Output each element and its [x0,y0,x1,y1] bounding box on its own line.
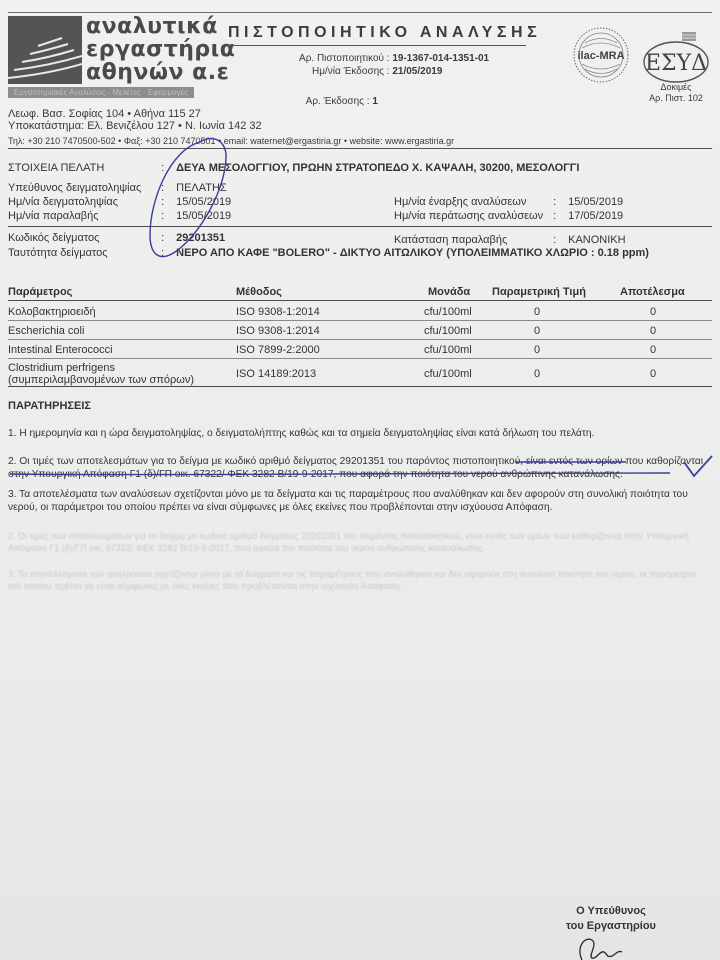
sampling-date-row: Ημ/νία δειγματοληψίας : 15/05/2019 [8,196,231,208]
bleed-through-text: 3. Τα αποτελέσματα των αναλύσεων σχετίζο… [8,568,708,592]
header-bottom-rule [8,148,712,149]
lab-address: Λεωφ. Βασ. Σοφίας 104 • Αθήνα 115 27 Υπο… [8,108,262,132]
remarks-title: ΠΑΡΑΤΗΡΗΣΕΙΣ [8,400,91,412]
certificate-issue-date: Ημ/νία Έκδοσης : 21/05/2019 [270,66,442,77]
signature-block: Ο Υπεύθυνος του Εργαστηρίου [546,904,676,934]
cell-result: 0 [650,306,656,318]
col-header-unit: Μονάδα [428,286,470,298]
receipt-status-label: Κατάσταση παραλαβής [394,234,550,246]
remark-item: 3. Τα αποτελέσματα των αναλύσεων σχετίζο… [8,488,708,514]
esyd-caption: Δοκιμές Αρ. Πιστ. 102 [636,82,716,104]
certificate-title: ΠΙΣΤΟΠΟΙΗΤΙΚΟ ΑΝΑΛΥΣΗΣ [228,24,541,42]
sampler-value: ΠΕΛΑΤΗΣ [176,182,227,194]
sampling-date-value: 15/05/2019 [176,196,231,208]
remark-item: 2. Οι τιμές των αποτελεσμάτων για το δεί… [8,455,708,481]
handwritten-signature-icon [570,934,650,960]
cell-method: ISO 9308-1:2014 [236,306,320,318]
cell-result: 0 [650,325,656,337]
client-row: ΣΤΟΙΧΕΙΑ ΠΕΛΑΤΗ : ΔΕΥΑ ΜΕΣΟΛΟΓΓΙΟΥ, ΠΡΩΗ… [8,162,579,174]
analysis-start-value: 15/05/2019 [568,196,623,208]
sound-wave-logo-icon [8,16,82,84]
remark-item: 1. Η ημερομηνία και η ώρα δειγματοληψίας… [8,427,708,440]
issue-date-value: 21/05/2019 [392,66,442,77]
receipt-date-value: 15/05/2019 [176,210,231,222]
analysis-end-row: Ημ/νία περάτωσης αναλύσεων : 17/05/2019 [394,210,623,222]
logo-line: αθηνών α.ε [86,62,235,85]
svg-text:ΕΣΥΔ: ΕΣΥΔ [645,51,707,76]
table-row-rule [8,320,712,321]
address-line: Υποκατάστημα: Ελ. Βενιζέλου 127 • Ν. Ιων… [8,120,262,132]
logo-line: αναλυτικά [86,16,235,39]
certificate-title-rule [226,45,526,46]
table-row-rule [8,358,712,359]
client-value: ΔΕΥΑ ΜΕΣΟΛΟΓΓΙΟΥ, ΠΡΩΗΝ ΣΤΡΑΤΟΠΕΔΟ Χ. ΚΑ… [176,162,579,174]
col-header-parameter: Παράμετρος [8,286,72,298]
sample-code-row: Κωδικός δείγματος : 29201351 [8,232,225,244]
lab-tagline: Εργαστηριακές Αναλύσεις · Μελέτες · Εφαρ… [8,87,194,98]
sampler-label: Υπεύθυνος δειγματοληψίας [8,182,158,194]
certificate-page: αναλυτικά εργαστήρια αθηνών α.ε Εργαστηρ… [0,0,720,960]
address-line: Λεωφ. Βασ. Σοφίας 104 • Αθήνα 115 27 [8,108,262,120]
sample-code-label: Κωδικός δείγματος [8,232,158,244]
certificate-number-value: 19-1367-014-1351-01 [392,53,489,64]
esyd-badge-icon: ΕΣΥΔ [642,30,710,88]
receipt-date-row: Ημ/νία παραλαβής : 15/05/2019 [8,210,231,222]
col-header-method: Μέθοδος [236,286,282,298]
analysis-start-label: Ημ/νία έναρξης αναλύσεων [394,196,550,208]
sampler-row: Υπεύθυνος δειγματοληψίας : ΠΕΛΑΤΗΣ [8,182,227,194]
svg-text:ilac-MRA: ilac-MRA [577,50,624,62]
certificate-number-label: Αρ. Πιστοποιητικού [270,53,384,64]
cell-limit: 0 [534,368,540,380]
ilac-mra-badge-icon: ilac-MRA [572,26,630,84]
sample-id-label: Ταυτότητα δείγματος [8,247,158,259]
cell-parameter: Κολοβακτηριοειδή [8,306,96,318]
logo-line: εργαστήρια [86,39,235,62]
col-header-limit: Παραμετρική Τιμή [492,286,586,298]
cell-unit: cfu/100ml [424,325,472,337]
analysis-end-label: Ημ/νία περάτωσης αναλύσεων [394,210,550,222]
sample-id-value: ΝΕΡΟ ΑΠΟ ΚΑΦΕ "BOLERO" - ΔΙΚΤΥΟ ΑΙΤΩΛΙΚΟ… [176,247,649,259]
edition-value: 1 [372,96,378,107]
signature-title-line: του Εργαστηρίου [546,919,676,934]
cell-parameter: Clostridium perfrigens (συμπεριλαμβανομέ… [8,362,228,386]
cell-method: ISO 7899-2:2000 [236,344,320,356]
bleed-through-text: 2. Οι τιμές των αποτελεσμάτων για το δεί… [8,530,708,554]
cell-unit: cfu/100ml [424,344,472,356]
certificate-edition: Αρ. Έκδοσης : 1 [270,96,378,107]
cell-result: 0 [650,368,656,380]
cell-unit: cfu/100ml [424,368,472,380]
esyd-caption-line: Δοκιμές [636,82,716,93]
table-header-rule [8,300,712,301]
receipt-date-label: Ημ/νία παραλαβής [8,210,158,222]
table-row-rule [8,339,712,340]
cell-unit: cfu/100ml [424,306,472,318]
cell-limit: 0 [534,344,540,356]
analysis-end-value: 17/05/2019 [568,210,623,222]
sample-code-value: 29201351 [176,232,225,244]
cell-limit: 0 [534,306,540,318]
header-top-rule [8,12,712,13]
cell-result: 0 [650,344,656,356]
signature-title-line: Ο Υπεύθυνος [546,904,676,919]
sample-id-row: Ταυτότητα δείγματος : ΝΕΡΟ ΑΠΟ ΚΑΦΕ "BOL… [8,247,649,259]
lab-logo-wordmark: αναλυτικά εργαστήρια αθηνών α.ε [86,16,235,85]
analysis-start-row: Ημ/νία έναρξης αναλύσεων : 15/05/2019 [394,196,623,208]
cell-limit: 0 [534,325,540,337]
client-label: ΣΤΟΙΧΕΙΑ ΠΕΛΑΤΗ [8,162,158,174]
cell-method: ISO 9308-1:2014 [236,325,320,337]
receipt-status-row: Κατάσταση παραλαβής : ΚΑΝΟΝΙΚΗ [394,234,626,246]
issue-date-label: Ημ/νία Έκδοσης [270,66,384,77]
cell-method: ISO 14189:2013 [236,368,316,380]
sampling-date-label: Ημ/νία δειγματοληψίας [8,196,158,208]
certificate-number: Αρ. Πιστοποιητικού : 19-1367-014-1351-01 [270,53,489,64]
table-bottom-rule [8,386,712,387]
cell-parameter: Intestinal Enterococci [8,344,113,356]
esyd-caption-line: Αρ. Πιστ. 102 [636,93,716,104]
cell-parameter: Escherichia coli [8,325,84,337]
receipt-status-value: ΚΑΝΟΝΙΚΗ [568,234,625,246]
col-header-result: Αποτέλεσμα [620,286,685,298]
lab-contact-line: Τηλ: +30 210 7470500-502 • Φαξ: +30 210 … [8,136,454,146]
client-section-rule [8,226,712,227]
edition-label: Αρ. Έκδοσης [270,96,364,107]
